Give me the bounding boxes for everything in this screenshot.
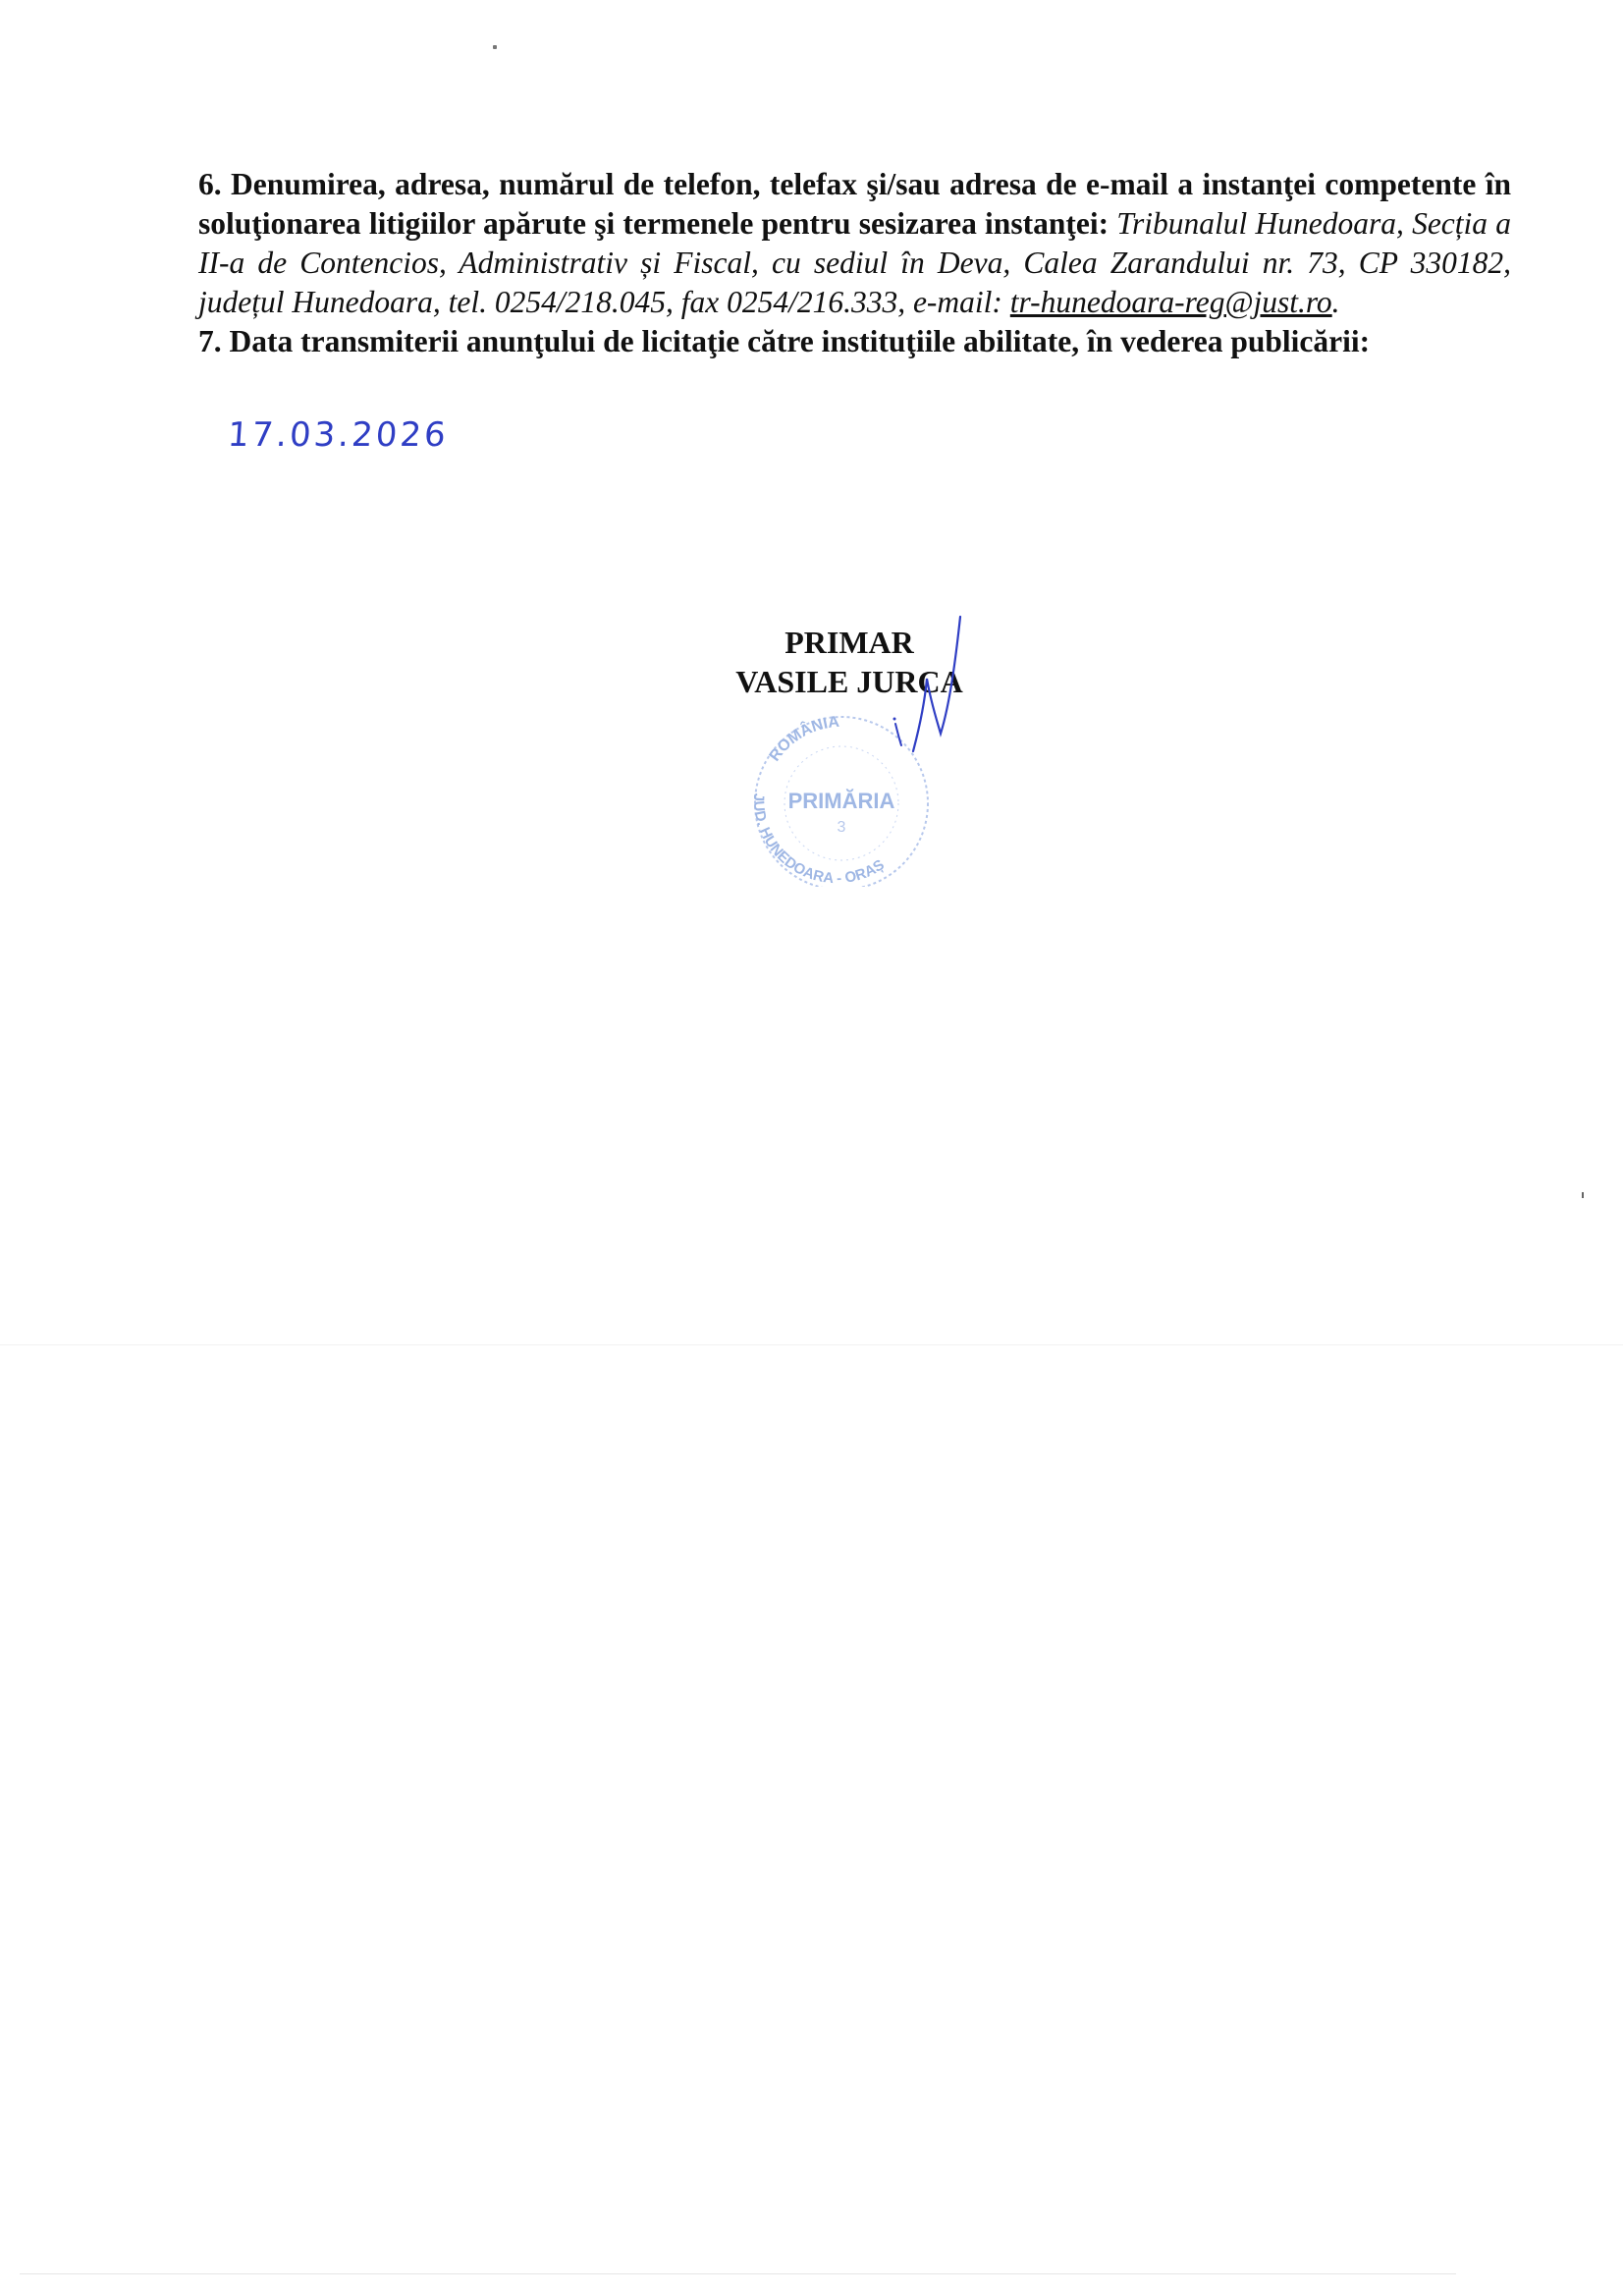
signature-icon: [874, 614, 972, 761]
section-6-trailing: .: [1332, 285, 1340, 319]
scan-artifact-dot: [493, 45, 497, 49]
stamp-number: 3: [838, 819, 846, 836]
section-7-heading: Data transmiterii anunţului de licitaţie…: [230, 324, 1371, 358]
stamp-top-text: ROMÂNIA: [767, 714, 841, 765]
stamp-center-text: PRIMĂRIA: [788, 789, 895, 813]
page-fold-line: [0, 1344, 1623, 1345]
section-7-paragraph: 7. Data transmiterii anunţului de licita…: [198, 322, 1511, 361]
document-body: 6. Denumirea, adresa, numărul de telefon…: [198, 165, 1511, 361]
section-7-number: 7.: [198, 324, 222, 358]
svg-text:ROMÂNIA: ROMÂNIA: [767, 714, 841, 765]
page-bottom-edge: [20, 2273, 1456, 2274]
scan-artifact-mark: [1582, 1192, 1584, 1198]
court-email-link[interactable]: tr-hunedoara-reg@just.ro: [1010, 285, 1332, 319]
section-6-number: 6.: [198, 167, 222, 201]
handwritten-date: 17.03.2026: [227, 415, 450, 455]
section-6-paragraph: 6. Denumirea, adresa, numărul de telefon…: [198, 165, 1511, 322]
